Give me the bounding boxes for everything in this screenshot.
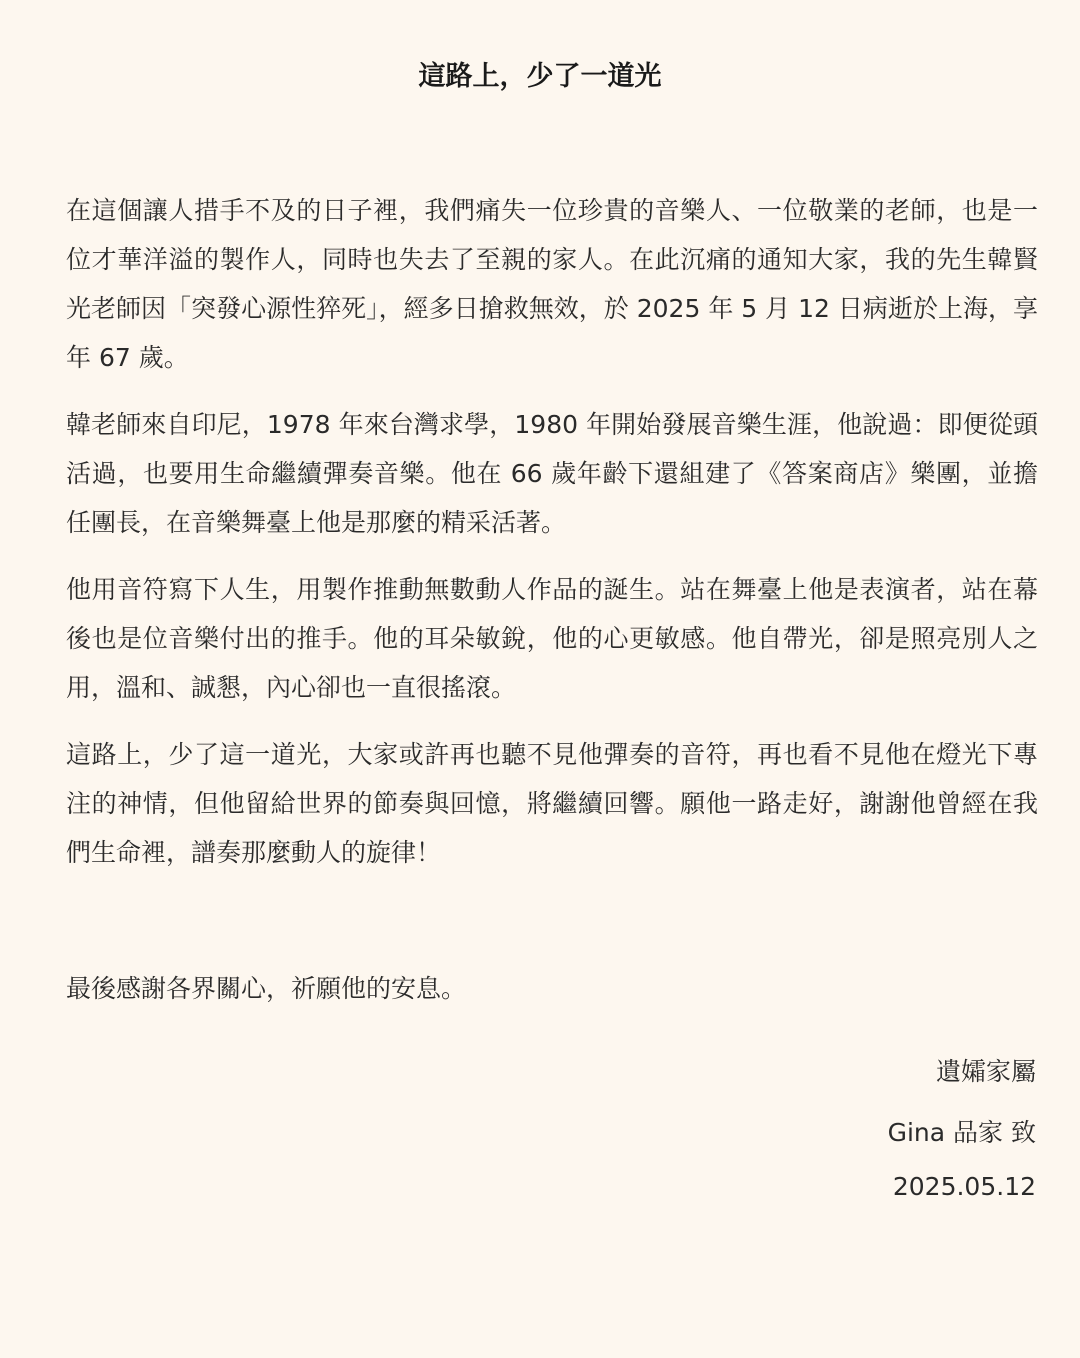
paragraph-3: 他用音符寫下人生，用製作推動無數動人作品的誕生。站在舞臺上他是表演者，站在幕後也… (66, 565, 1038, 712)
signature-date: 2025.05.12 (893, 1172, 1036, 1201)
paragraph-2: 韓老師來自印尼，1978 年來台灣求學，1980 年開始發展音樂生涯，他說過：即… (66, 400, 1038, 547)
signature-family: 遺孀家屬 (936, 1052, 1036, 1088)
memorial-letter: 這路上，少了一道光 在這個讓人措手不及的日子裡，我們痛失一位珍貴的音樂人、一位敬… (0, 0, 1080, 1358)
closing-line: 最後感謝各界關心，祈願他的安息。 (66, 964, 466, 1013)
letter-body: 在這個讓人措手不及的日子裡，我們痛失一位珍貴的音樂人、一位敬業的老師，也是一位才… (66, 186, 1038, 895)
signature-name: Gina 品家 致 (888, 1113, 1036, 1149)
paragraph-1: 在這個讓人措手不及的日子裡，我們痛失一位珍貴的音樂人、一位敬業的老師，也是一位才… (66, 186, 1038, 382)
paragraph-4: 這路上，少了這一道光，大家或許再也聽不見他彈奏的音符，再也看不見他在燈光下專注的… (66, 730, 1038, 877)
letter-title: 這路上，少了一道光 (0, 54, 1080, 93)
